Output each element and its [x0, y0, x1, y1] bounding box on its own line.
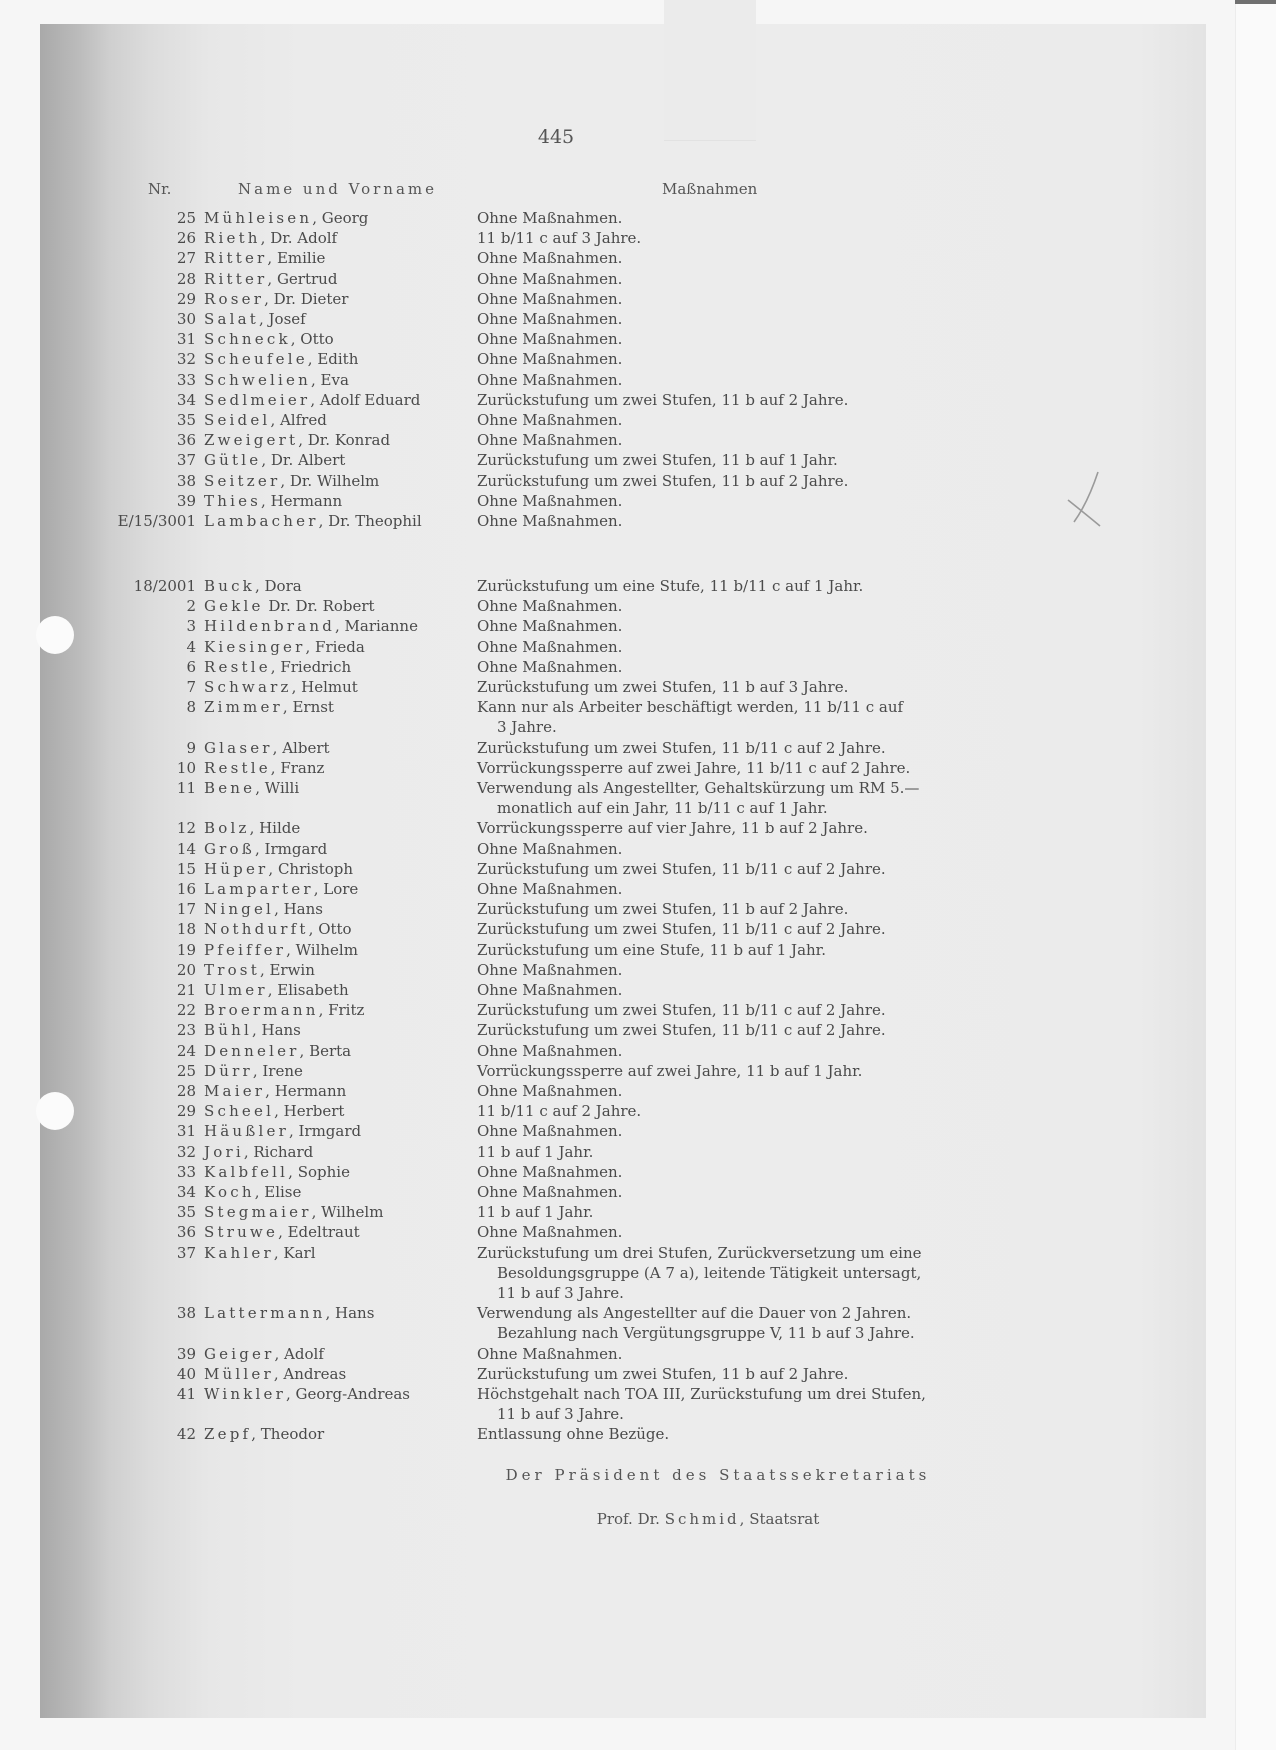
entry-surname: Struwe — [204, 1223, 278, 1241]
entry-surname: Ritter — [204, 249, 267, 267]
measure-line: Ohne Maßnahmen. — [477, 1162, 999, 1182]
measure-line: Zurückstufung um zwei Stufen, 11 b auf 2… — [477, 471, 999, 491]
entry-name: Ulmer, Elisabeth — [204, 980, 349, 1000]
entry-name: Dürr, Irene — [204, 1061, 303, 1081]
entry-name: Struwe, Edeltraut — [204, 1222, 360, 1242]
entry-name: Denneler, Berta — [204, 1041, 351, 1061]
measure-line: Ohne Maßnahmen. — [477, 329, 999, 349]
entry-name: Maier, Hermann — [204, 1081, 346, 1101]
entry-measure: Entlassung ohne Bezüge. — [477, 1424, 999, 1444]
entry-given-name: , Otto — [309, 920, 352, 938]
entry-name: Gekle Dr. Dr. Robert — [204, 596, 375, 616]
entry-name: Bolz, Hilde — [204, 818, 300, 838]
entry-number: 26 — [177, 228, 196, 248]
entry-number: 24 — [177, 1041, 196, 1061]
entry-name: Schwarz, Helmut — [204, 677, 358, 697]
entry-number: 32 — [177, 1142, 196, 1162]
entry-number: 29 — [177, 289, 196, 309]
entry-name: Sedlmeier, Adolf Eduard — [204, 390, 420, 410]
entry-name: Seitzer, Dr. Wilhelm — [204, 471, 379, 491]
measure-line: Ohne Maßnahmen. — [477, 491, 999, 511]
entry-measure: Ohne Maßnahmen. — [477, 208, 999, 228]
entry-number: 14 — [177, 839, 196, 859]
entry-measure: Ohne Maßnahmen. — [477, 329, 999, 349]
measure-line: Ohne Maßnahmen. — [477, 1344, 999, 1364]
entry-given-name: , Herbert — [274, 1102, 344, 1120]
entry-given-name: , Sophie — [288, 1163, 350, 1181]
measure-line: Verwendung als Angestellter auf die Daue… — [477, 1303, 999, 1323]
entry-number: 23 — [177, 1020, 196, 1040]
entry-number: 37 — [177, 1243, 196, 1263]
entry-measure: Verwendung als Angestellter, Gehaltskürz… — [477, 778, 999, 818]
entry-given-name: , Wilhelm — [312, 1203, 384, 1221]
entry-number: 18/2001 — [134, 576, 196, 596]
tape-strip — [664, 0, 756, 141]
entry-surname: Mühleisen — [204, 209, 312, 227]
entry-measure: 11 b auf 1 Jahr. — [477, 1142, 999, 1162]
entry-measure: Ohne Maßnahmen. — [477, 1344, 999, 1364]
entry-number: 41 — [177, 1384, 196, 1404]
entry-name: Lambacher, Dr. Theophil — [204, 511, 422, 531]
measure-line: Ohne Maßnahmen. — [477, 1222, 999, 1242]
entry-number: 38 — [177, 1303, 196, 1323]
entry-measure: Zurückstufung um zwei Stufen, 11 b auf 2… — [477, 1364, 999, 1384]
entry-surname: Geiger — [204, 1345, 275, 1363]
entry-surname: Stegmaier — [204, 1203, 312, 1221]
entry-surname: Rieth — [204, 229, 261, 247]
measure-line: Entlassung ohne Bezüge. — [477, 1424, 999, 1444]
measure-line: Ohne Maßnahmen. — [477, 960, 999, 980]
entry-name: Buck, Dora — [204, 576, 302, 596]
entry-measure: Zurückstufung um zwei Stufen, 11 b/11 c … — [477, 1000, 999, 1020]
entry-given-name: , Otto — [291, 330, 334, 348]
entry-measure: Kann nur als Arbeiter beschäftigt werden… — [477, 697, 999, 737]
entry-number: 4 — [186, 637, 196, 657]
entry-given-name: , Albert — [273, 739, 330, 757]
entry-surname: Hildenbrand — [204, 617, 335, 635]
entry-surname: Zepf — [204, 1425, 251, 1443]
measure-line: Besoldungsgruppe (A 7 a), leitende Tätig… — [477, 1263, 999, 1283]
entry-measure: Zurückstufung um zwei Stufen, 11 b auf 2… — [477, 471, 999, 491]
entry-surname: Bene — [204, 779, 255, 797]
entry-given-name: , Fritz — [319, 1001, 365, 1019]
entry-number: 8 — [186, 697, 196, 717]
measure-line: Zurückstufung um drei Stufen, Zurückvers… — [477, 1243, 999, 1263]
entry-surname: Scheufele — [204, 350, 308, 368]
entry-name: Trost, Erwin — [204, 960, 315, 980]
entry-number: 11 — [177, 778, 196, 798]
entry-surname: Broermann — [204, 1001, 319, 1019]
measure-line: Höchstgehalt nach TOA III, Zurückstufung… — [477, 1384, 999, 1404]
entry-name: Hüper, Christoph — [204, 859, 353, 879]
entry-name: Bühl, Hans — [204, 1020, 301, 1040]
entry-name: Rieth, Dr. Adolf — [204, 228, 337, 248]
entry-number: 34 — [177, 390, 196, 410]
entry-measure: Zurückstufung um zwei Stufen, 11 b auf 2… — [477, 899, 999, 919]
entry-surname: Bolz — [204, 819, 250, 837]
measure-line: Kann nur als Arbeiter beschäftigt werden… — [477, 697, 999, 717]
entry-surname: Hüper — [204, 860, 268, 878]
entry-measure: Ohne Maßnahmen. — [477, 269, 999, 289]
entry-given-name: , Georg — [312, 209, 368, 227]
entry-given-name: , Karl — [274, 1244, 316, 1262]
entry-surname: Ritter — [204, 270, 267, 288]
entry-surname: Müller — [204, 1365, 274, 1383]
entry-given-name: , Helmut — [292, 678, 358, 696]
entry-measure: Ohne Maßnahmen. — [477, 349, 999, 369]
measure-line: Vorrückungssperre auf zwei Jahre, 11 b/1… — [477, 758, 999, 778]
entry-measure: Zurückstufung um zwei Stufen, 11 b/11 c … — [477, 859, 999, 879]
entry-measure: Ohne Maßnahmen. — [477, 289, 999, 309]
entry-measure: Ohne Maßnahmen. — [477, 637, 999, 657]
entry-given-name: , Hans — [252, 1021, 301, 1039]
punch-hole — [36, 1092, 74, 1130]
entry-number: 18 — [177, 919, 196, 939]
entry-name: Restle, Franz — [204, 758, 324, 778]
entry-surname: Salat — [204, 310, 259, 328]
entry-name: Geiger, Adolf — [204, 1344, 324, 1364]
pencil-x-mark-icon — [1064, 470, 1104, 532]
entry-surname: Lamparter — [204, 880, 314, 898]
entry-surname: Denneler — [204, 1042, 300, 1060]
entry-measure: 11 b/11 c auf 3 Jahre. — [477, 228, 999, 248]
measure-line: 11 b auf 3 Jahre. — [477, 1404, 999, 1424]
entry-number: E/15/3001 — [118, 511, 196, 531]
entry-name: Winkler, Georg-Andreas — [204, 1384, 410, 1404]
measure-line: Vorrückungssperre auf zwei Jahre, 11 b a… — [477, 1061, 999, 1081]
measure-line: Ohne Maßnahmen. — [477, 309, 999, 329]
entry-name: Häußler, Irmgard — [204, 1121, 361, 1141]
entry-surname: Nothdurft — [204, 920, 309, 938]
entry-surname: Kalbfell — [204, 1163, 288, 1181]
entry-given-name: , Edith — [308, 350, 359, 368]
entry-name: Kahler, Karl — [204, 1243, 316, 1263]
entry-name: Kiesinger, Frieda — [204, 637, 365, 657]
measure-line: Ohne Maßnahmen. — [477, 1182, 999, 1202]
entry-given-name: , Dr. Adolf — [261, 229, 337, 247]
entry-measure: Ohne Maßnahmen. — [477, 616, 999, 636]
entry-given-name: , Dr. Theophil — [319, 512, 422, 530]
entry-measure: Ohne Maßnahmen. — [477, 309, 999, 329]
entry-given-name: , Dr. Dieter — [264, 290, 348, 308]
entry-given-name: , Irmgard — [289, 1122, 361, 1140]
entry-given-name: , Alfred — [270, 411, 326, 429]
entry-number: 42 — [177, 1424, 196, 1444]
measure-line: Verwendung als Angestellter, Gehaltskürz… — [477, 778, 999, 798]
entry-name: Schneck, Otto — [204, 329, 334, 349]
entry-name: Restle, Friedrich — [204, 657, 351, 677]
entry-name: Scheel, Herbert — [204, 1101, 344, 1121]
entry-given-name: , Dr. Wilhelm — [280, 472, 379, 490]
entry-number: 10 — [177, 758, 196, 778]
entry-number: 25 — [177, 1061, 196, 1081]
entry-given-name: , Hermann — [261, 492, 342, 510]
entry-measure: Vorrückungssperre auf zwei Jahre, 11 b/1… — [477, 758, 999, 778]
entry-number: 22 — [177, 1000, 196, 1020]
measure-line: Zurückstufung um zwei Stufen, 11 b auf 1… — [477, 450, 999, 470]
entry-surname: Trost — [204, 961, 260, 979]
measure-line: Zurückstufung um zwei Stufen, 11 b auf 2… — [477, 390, 999, 410]
entry-measure: Ohne Maßnahmen. — [477, 1121, 999, 1141]
entry-name: Nothdurft, Otto — [204, 919, 352, 939]
column-header-nr: Nr. — [148, 180, 171, 198]
entry-given-name: , Willi — [255, 779, 299, 797]
measure-line: Ohne Maßnahmen. — [477, 1121, 999, 1141]
measure-line: Zurückstufung um zwei Stufen, 11 b auf 2… — [477, 1364, 999, 1384]
entry-surname: Kahler — [204, 1244, 274, 1262]
entry-given-name: , Christoph — [268, 860, 353, 878]
entry-surname: Sedlmeier — [204, 391, 310, 409]
measure-line: Ohne Maßnahmen. — [477, 839, 999, 859]
entry-measure: Ohne Maßnahmen. — [477, 1162, 999, 1182]
entry-given-name: , Dr. Konrad — [298, 431, 390, 449]
entry-surname: Roser — [204, 290, 264, 308]
measure-line: Ohne Maßnahmen. — [477, 289, 999, 309]
entry-measure: Zurückstufung um zwei Stufen, 11 b/11 c … — [477, 919, 999, 939]
entry-surname: Seidel — [204, 411, 270, 429]
entry-number: 27 — [177, 248, 196, 268]
entry-measure: Vorrückungssperre auf vier Jahre, 11 b a… — [477, 818, 999, 838]
entry-given-name: , Andreas — [274, 1365, 346, 1383]
entry-number: 12 — [177, 818, 196, 838]
entry-measure: Ohne Maßnahmen. — [477, 1182, 999, 1202]
signature-suffix: , Staatsrat — [740, 1510, 820, 1528]
entry-measure: Ohne Maßnahmen. — [477, 410, 999, 430]
entry-given-name: , Hans — [274, 900, 323, 918]
entry-given-name: , Irmgard — [255, 840, 327, 858]
entry-measure: Ohne Maßnahmen. — [477, 980, 999, 1000]
entry-number: 6 — [186, 657, 196, 677]
entry-measure: Ohne Maßnahmen. — [477, 1222, 999, 1242]
punch-hole — [36, 616, 74, 654]
entry-number: 34 — [177, 1182, 196, 1202]
measure-line: Ohne Maßnahmen. — [477, 657, 999, 677]
entry-given-name: , Dr. Albert — [261, 451, 345, 469]
entry-number: 36 — [177, 430, 196, 450]
entry-name: Ningel, Hans — [204, 899, 323, 919]
entry-given-name: , Theodor — [251, 1425, 324, 1443]
entry-surname: Gekle — [204, 597, 264, 615]
entry-surname: Lambacher — [204, 512, 319, 530]
entry-number: 31 — [177, 1121, 196, 1141]
entry-surname: Glaser — [204, 739, 273, 757]
measure-line: Zurückstufung um eine Stufe, 11 b/11 c a… — [477, 576, 999, 596]
measure-line: Ohne Maßnahmen. — [477, 1041, 999, 1061]
entry-given-name: , Lore — [314, 880, 359, 898]
entry-name: Bene, Willi — [204, 778, 299, 798]
entry-given-name: , Eva — [311, 371, 349, 389]
entry-given-name: , Georg-Andreas — [286, 1385, 410, 1403]
entry-surname: Schneck — [204, 330, 291, 348]
column-header-measures: Maßnahmen — [662, 180, 757, 198]
entry-number: 39 — [177, 1344, 196, 1364]
entry-measure: Zurückstufung um eine Stufe, 11 b/11 c a… — [477, 576, 999, 596]
page-number: 445 — [530, 126, 582, 148]
entry-measure: Ohne Maßnahmen. — [477, 248, 999, 268]
entry-measure: Ohne Maßnahmen. — [477, 430, 999, 450]
entry-surname: Ulmer — [204, 981, 268, 999]
entry-name: Jori, Richard — [204, 1142, 313, 1162]
entry-given-name: , Wilhelm — [286, 941, 358, 959]
column-header-name: Name und Vorname — [238, 180, 437, 198]
entry-measure: Zurückstufung um zwei Stufen, 11 b/11 c … — [477, 1020, 999, 1040]
entry-given-name: , Elise — [255, 1183, 302, 1201]
entry-surname: Schwarz — [204, 678, 292, 696]
entry-name: Lattermann, Hans — [204, 1303, 374, 1323]
entry-surname: Pfeiffer — [204, 941, 286, 959]
entry-given-name: , Adolf — [275, 1345, 324, 1363]
scanner-edge-tab — [1235, 0, 1276, 4]
entry-number: 35 — [177, 1202, 196, 1222]
entry-surname: Ningel — [204, 900, 274, 918]
entry-surname: Seitzer — [204, 472, 280, 490]
measure-line: 11 b auf 1 Jahr. — [477, 1202, 999, 1222]
entry-name: Glaser, Albert — [204, 738, 330, 758]
entry-surname: Dürr — [204, 1062, 253, 1080]
entry-measure: Zurückstufung um zwei Stufen, 11 b/11 c … — [477, 738, 999, 758]
entry-surname: Schwelien — [204, 371, 311, 389]
entry-surname: Thies — [204, 492, 261, 510]
measure-line: Vorrückungssperre auf vier Jahre, 11 b a… — [477, 818, 999, 838]
entry-number: 25 — [177, 208, 196, 228]
entry-surname: Restle — [204, 759, 271, 777]
entry-measure: Ohne Maßnahmen. — [477, 491, 999, 511]
entry-surname: Lattermann — [204, 1304, 326, 1322]
entry-measure: Ohne Maßnahmen. — [477, 879, 999, 899]
entry-given-name: , Adolf Eduard — [310, 391, 420, 409]
entry-measure: Zurückstufung um drei Stufen, Zurückvers… — [477, 1243, 999, 1303]
entry-name: Zweigert, Dr. Konrad — [204, 430, 390, 450]
entry-number: 20 — [177, 960, 196, 980]
entry-measure: Vorrückungssperre auf zwei Jahre, 11 b a… — [477, 1061, 999, 1081]
entry-name: Broermann, Fritz — [204, 1000, 364, 1020]
entry-measure: Höchstgehalt nach TOA III, Zurückstufung… — [477, 1384, 999, 1424]
measure-line: Ohne Maßnahmen. — [477, 596, 999, 616]
measure-line: Ohne Maßnahmen. — [477, 410, 999, 430]
entry-number: 29 — [177, 1101, 196, 1121]
entry-measure: Ohne Maßnahmen. — [477, 960, 999, 980]
entry-surname: Koch — [204, 1183, 255, 1201]
entry-given-name: , Friedrich — [271, 658, 351, 676]
entry-number: 40 — [177, 1364, 196, 1384]
measure-line: 11 b auf 1 Jahr. — [477, 1142, 999, 1162]
entry-name: Hildenbrand, Marianne — [204, 616, 418, 636]
entry-given-name: , Erwin — [260, 961, 315, 979]
entry-number: 30 — [177, 309, 196, 329]
measure-line: Bezahlung nach Vergütungsgruppe V, 11 b … — [477, 1323, 999, 1343]
entry-surname: Häußler — [204, 1122, 289, 1140]
entry-number: 15 — [177, 859, 196, 879]
measure-line: Ohne Maßnahmen. — [477, 637, 999, 657]
entry-given-name: , Emilie — [267, 249, 325, 267]
entry-given-name: , Edeltraut — [278, 1223, 360, 1241]
entry-name: Pfeiffer, Wilhelm — [204, 940, 358, 960]
measure-line: Zurückstufung um eine Stufe, 11 b auf 1 … — [477, 940, 999, 960]
entry-name: Ritter, Gertrud — [204, 269, 337, 289]
measure-line: 11 b auf 3 Jahre. — [477, 1283, 999, 1303]
entry-measure: Ohne Maßnahmen. — [477, 657, 999, 677]
entry-given-name: , Irene — [253, 1062, 303, 1080]
entry-surname: Jori — [204, 1143, 244, 1161]
entry-name: Scheufele, Edith — [204, 349, 358, 369]
entry-name: Zimmer, Ernst — [204, 697, 334, 717]
column-header-name-text: Name und Vorname — [238, 180, 437, 198]
footer-signature: Prof. Dr. Schmid, Staatsrat — [0, 1510, 1276, 1528]
measure-line: monatlich auf ein Jahr, 11 b/11 c auf 1 … — [477, 798, 999, 818]
measure-line: 3 Jahre. — [477, 717, 999, 737]
signature-prefix: Prof. Dr. — [597, 1510, 665, 1528]
entry-given-name: , Gertrud — [267, 270, 337, 288]
measure-line: Ohne Maßnahmen. — [477, 430, 999, 450]
entry-surname: Groß — [204, 840, 255, 858]
entry-number: 38 — [177, 471, 196, 491]
entry-name: Roser, Dr. Dieter — [204, 289, 348, 309]
measure-line: Ohne Maßnahmen. — [477, 370, 999, 390]
entry-name: Gütle, Dr. Albert — [204, 450, 345, 470]
entry-number: 28 — [177, 1081, 196, 1101]
entry-measure: 11 b auf 1 Jahr. — [477, 1202, 999, 1222]
entry-surname: Zweigert — [204, 431, 298, 449]
signature-name: Schmid — [665, 1510, 740, 1528]
entry-measure: Verwendung als Angestellter auf die Daue… — [477, 1303, 999, 1343]
measure-line: 11 b/11 c auf 2 Jahre. — [477, 1101, 999, 1121]
entry-measure: Ohne Maßnahmen. — [477, 370, 999, 390]
entry-given-name: , Frieda — [306, 638, 365, 656]
entry-number: 7 — [186, 677, 196, 697]
entry-measure: Zurückstufung um zwei Stufen, 11 b auf 2… — [477, 390, 999, 410]
entry-number: 9 — [186, 738, 196, 758]
entry-surname: Buck — [204, 577, 255, 595]
entry-given-name: , Josef — [259, 310, 306, 328]
entry-measure: Ohne Maßnahmen. — [477, 596, 999, 616]
entry-number: 33 — [177, 1162, 196, 1182]
entry-number: 28 — [177, 269, 196, 289]
entry-measure: 11 b/11 c auf 2 Jahre. — [477, 1101, 999, 1121]
entry-given-name: , Hans — [326, 1304, 375, 1322]
entry-surname: Gütle — [204, 451, 261, 469]
footer-title: Der Präsident des Staatssekretariats — [0, 1466, 1276, 1484]
entry-name: Zepf, Theodor — [204, 1424, 324, 1444]
entry-name: Stegmaier, Wilhelm — [204, 1202, 383, 1222]
entry-surname: Zimmer — [204, 698, 283, 716]
entry-name: Mühleisen, Georg — [204, 208, 368, 228]
entry-surname: Winkler — [204, 1385, 286, 1403]
entry-surname: Kiesinger — [204, 638, 306, 656]
entry-given-name: , Franz — [271, 759, 325, 777]
entry-surname: Restle — [204, 658, 271, 676]
entry-number: 19 — [177, 940, 196, 960]
entry-measure: Zurückstufung um eine Stufe, 11 b auf 1 … — [477, 940, 999, 960]
entry-name: Salat, Josef — [204, 309, 306, 329]
entry-name: Koch, Elise — [204, 1182, 301, 1202]
entry-measure: Ohne Maßnahmen. — [477, 511, 999, 531]
entry-number: 16 — [177, 879, 196, 899]
measure-line: Ohne Maßnahmen. — [477, 349, 999, 369]
entry-number: 17 — [177, 899, 196, 919]
measure-line: Ohne Maßnahmen. — [477, 208, 999, 228]
entry-measure: Ohne Maßnahmen. — [477, 1041, 999, 1061]
entry-number: 36 — [177, 1222, 196, 1242]
entry-number: 37 — [177, 450, 196, 470]
entry-given-name: Dr. Dr. Robert — [264, 597, 375, 615]
entry-measure: Zurückstufung um zwei Stufen, 11 b auf 1… — [477, 450, 999, 470]
measure-line: 11 b/11 c auf 3 Jahre. — [477, 228, 999, 248]
entry-name: Thies, Hermann — [204, 491, 342, 511]
measure-line: Ohne Maßnahmen. — [477, 980, 999, 1000]
entry-measure: Ohne Maßnahmen. — [477, 1081, 999, 1101]
measure-line: Ohne Maßnahmen. — [477, 879, 999, 899]
entry-name: Seidel, Alfred — [204, 410, 327, 430]
